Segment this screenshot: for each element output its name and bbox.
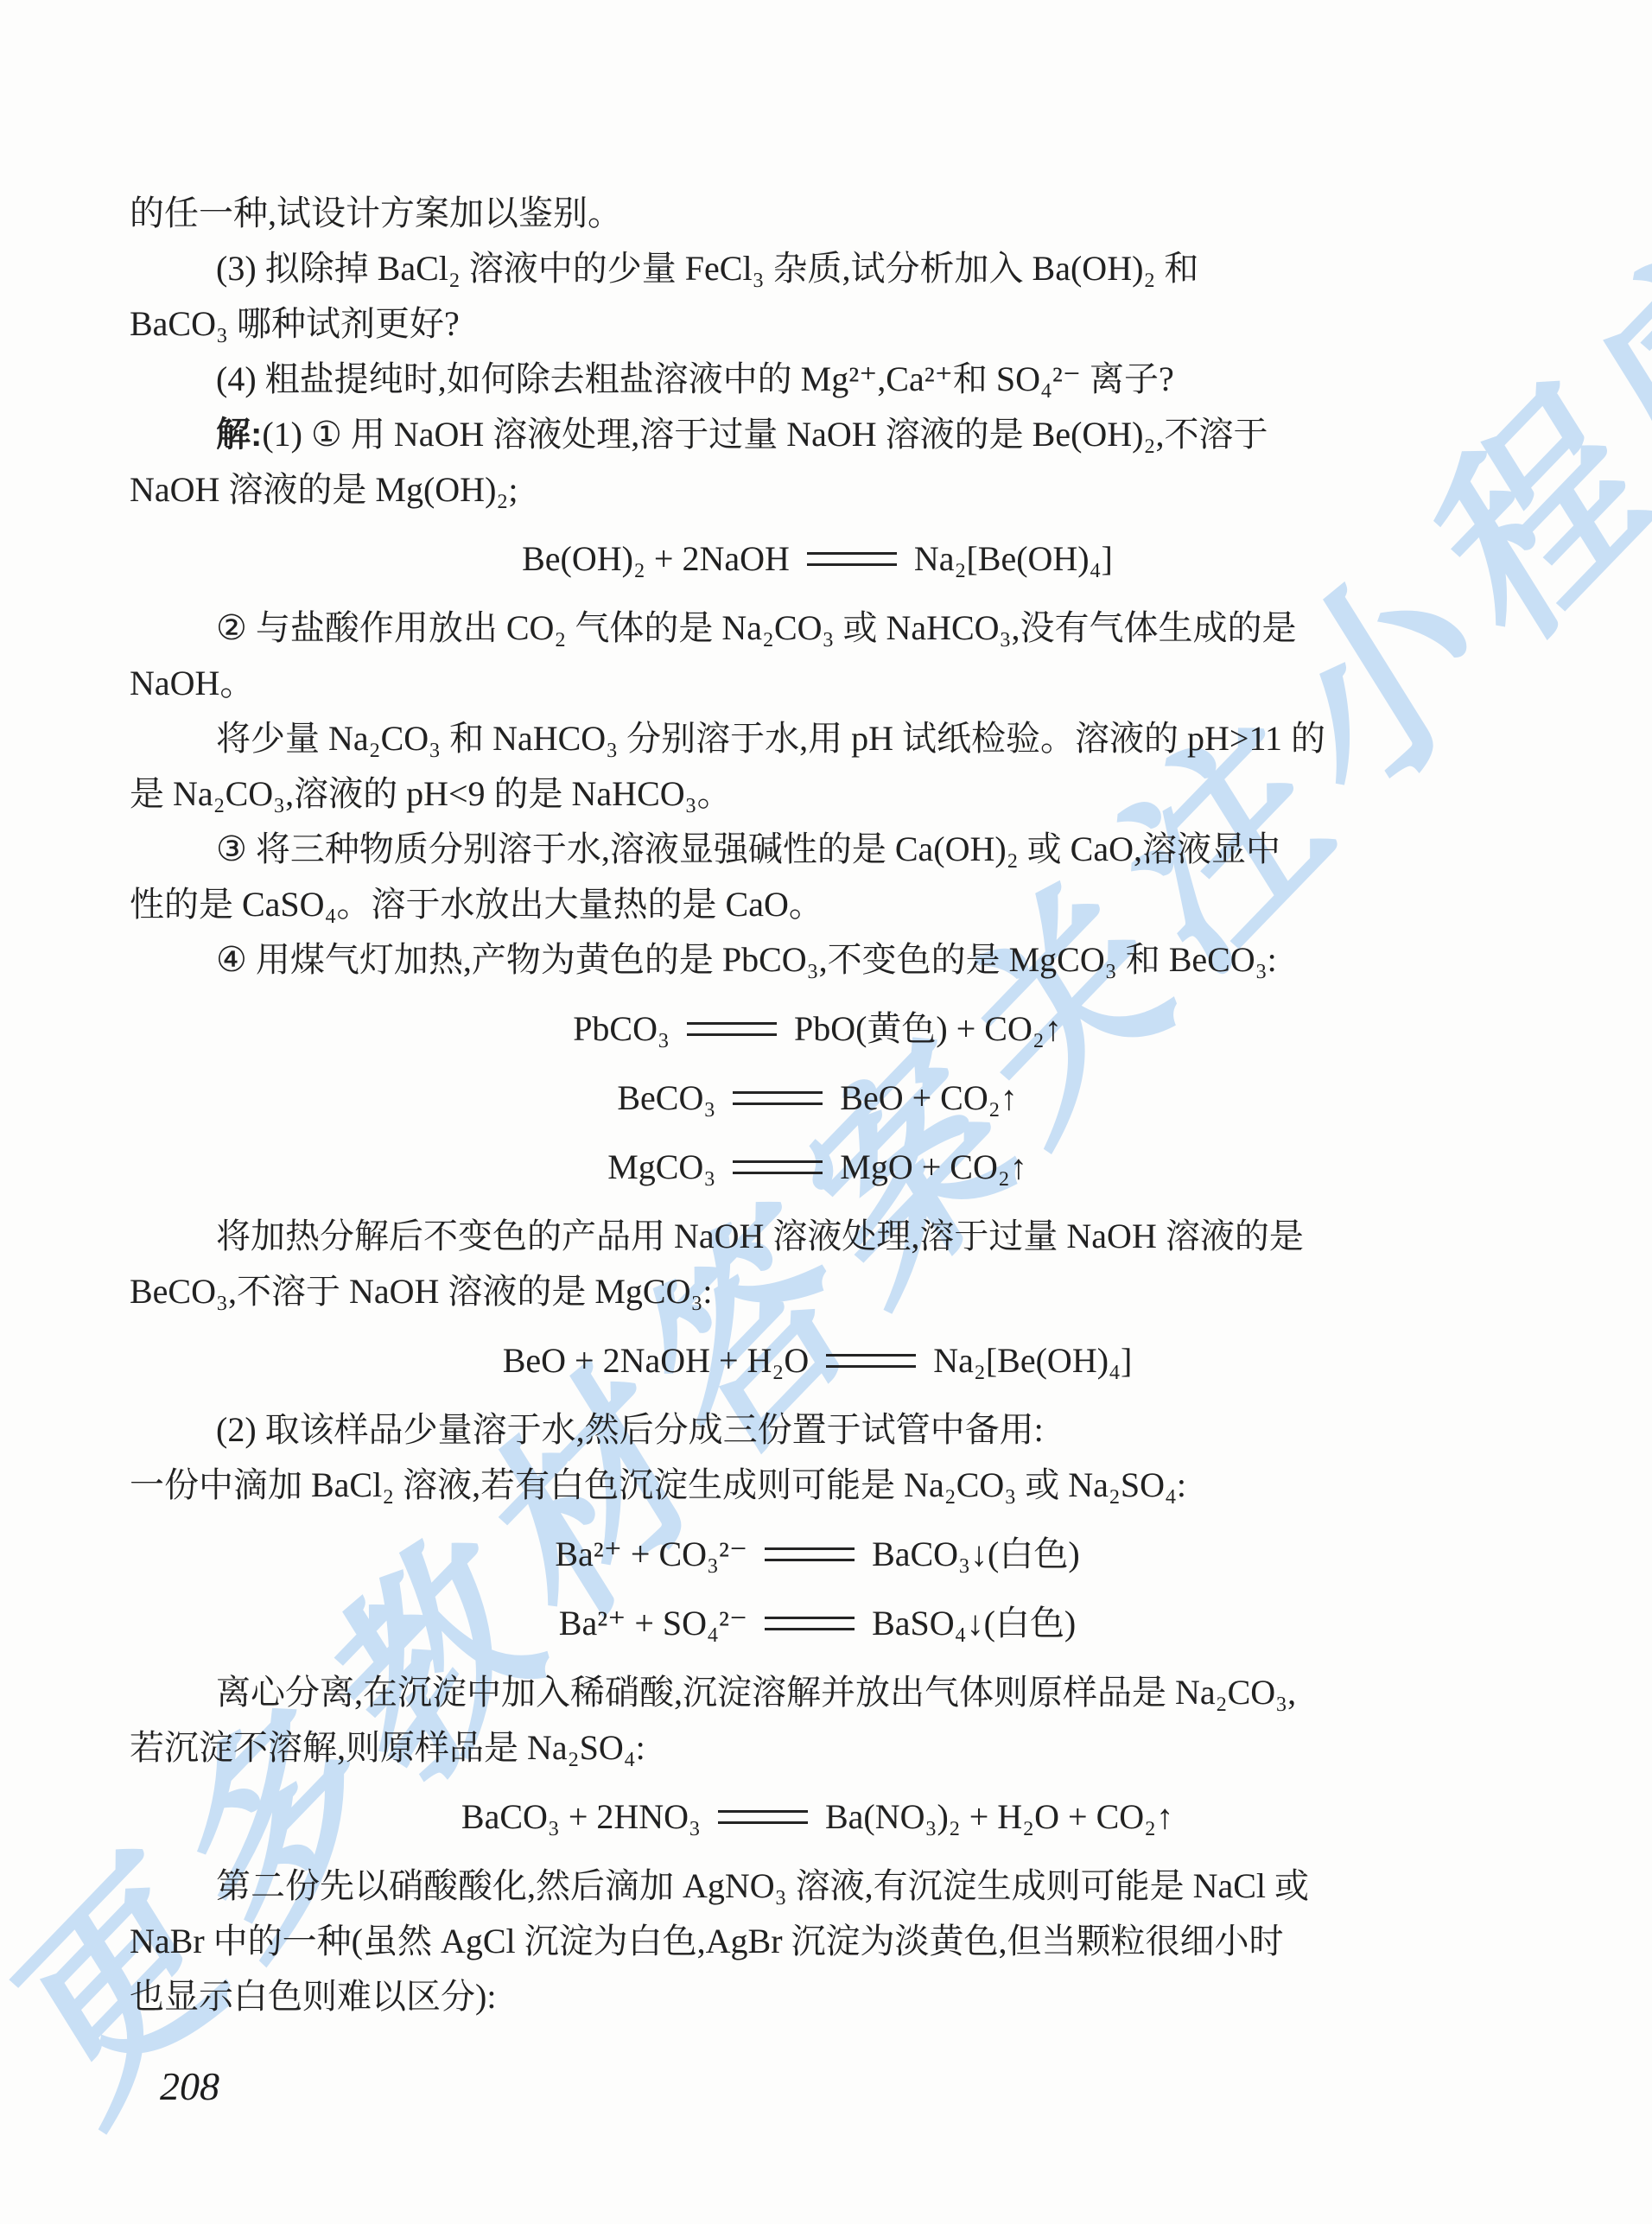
text-line: 也显示白色则难以区分):: [130, 1969, 1505, 2024]
equation-rhs: MgO + CO₂↑: [840, 1147, 1027, 1186]
chemical-equation: PbCO₃PbO(黄色) + CO₂↑: [130, 1001, 1505, 1057]
text-line: 性的是 CaSO₄。溶于水放出大量热的是 CaO。: [130, 877, 1505, 932]
equation-lhs: Ba²⁺ + CO₃²⁻: [555, 1535, 747, 1573]
text-line-question-4: (4) 粗盐提纯时,如何除去粗盐溶液中的 Mg²⁺,Ca²⁺和 SO₄²⁻ 离子…: [130, 352, 1505, 407]
page-number: 208: [160, 2063, 219, 2109]
double-line-equals-icon: [826, 1354, 916, 1368]
double-line-equals-icon: [718, 1810, 808, 1824]
equation-rhs: Ba(NO₃)₂ + H₂O + CO₂↑: [825, 1797, 1173, 1836]
text-line: 第二份先以硝酸酸化,然后滴加 AgNO₃ 溶液,有沉淀生成则可能是 NaCl 或: [130, 1859, 1505, 1914]
double-line-equals-icon: [687, 1022, 777, 1036]
chemical-equation: BeCO₃BeO + CO₂↑: [130, 1071, 1505, 1126]
equation-rhs: PbO(黄色) + CO₂↑: [794, 1009, 1062, 1048]
equation-lhs: Ba²⁺ + SO₄²⁻: [559, 1604, 747, 1643]
equation-lhs: MgCO₃: [607, 1147, 715, 1186]
double-line-equals-icon: [807, 552, 897, 566]
equation-lhs: BaCO₃ + 2HNO₃: [461, 1797, 701, 1836]
equation-rhs: Na₂[Be(OH)₄]: [914, 539, 1113, 578]
equation-lhs: Be(OH)₂ + 2NaOH: [522, 539, 790, 578]
text-line: NaOH 溶液的是 Mg(OH)₂;: [130, 462, 1505, 518]
chemical-equation: Be(OH)₂ + 2NaOHNa₂[Be(OH)₄]: [130, 531, 1505, 587]
double-line-equals-icon: [733, 1160, 823, 1174]
text-line: 离心分离,在沉淀中加入稀硝酸,沉淀溶解并放出气体则原样品是 Na₂CO₃,: [130, 1665, 1505, 1720]
equation-rhs: Na₂[Be(OH)₄]: [933, 1341, 1132, 1380]
text-line: BaCO₃ 哪种试剂更好?: [130, 296, 1505, 352]
ionic-equation: Ba²⁺ + CO₃²⁻BaCO₃↓(白色): [130, 1527, 1505, 1582]
text-line-step-4: ④ 用煤气灯加热,产物为黄色的是 PbCO₃,不变色的是 MgCO₃ 和 BeC…: [130, 932, 1505, 988]
text-line: 一份中滴加 BaCl₂ 溶液,若有白色沉淀生成则可能是 Na₂CO₃ 或 Na₂…: [130, 1458, 1505, 1513]
equation-lhs: BeCO₃: [617, 1078, 715, 1117]
text-line-solution-start: 解:(1) ① 用 NaOH 溶液处理,溶于过量 NaOH 溶液的是 Be(OH…: [130, 407, 1505, 462]
scanned-book-page: 更多教材答案关注小程序 的任一种,试设计方案加以鉴别。 (3) 拟除掉 BaCl…: [0, 0, 1652, 2224]
text-line-step-2: ② 与盐酸作用放出 CO₂ 气体的是 Na₂CO₃ 或 NaHCO₃,没有气体生…: [130, 600, 1505, 656]
double-line-equals-icon: [765, 1547, 855, 1561]
text-line-question-3: (3) 拟除掉 BaCl₂ 溶液中的少量 FeCl₃ 杂质,试分析加入 Ba(O…: [130, 241, 1505, 296]
text-line: BeCO₃,不溶于 NaOH 溶液的是 MgCO₃:: [130, 1264, 1505, 1319]
chemical-equation: BaCO₃ + 2HNO₃Ba(NO₃)₂ + H₂O + CO₂↑: [130, 1789, 1505, 1845]
chemical-equation: MgCO₃MgO + CO₂↑: [130, 1140, 1505, 1195]
ionic-equation: Ba²⁺ + SO₄²⁻BaSO₄↓(白色): [130, 1596, 1505, 1651]
page-text-block: 的任一种,试设计方案加以鉴别。 (3) 拟除掉 BaCl₂ 溶液中的少量 FeC…: [0, 0, 1652, 2024]
text-line-part-2: (2) 取该样品少量溶于水,然后分成三份置于试管中备用:: [130, 1402, 1505, 1458]
text-span: (1) ① 用 NaOH 溶液处理,溶于过量 NaOH 溶液的是 Be(OH)₂…: [262, 415, 1268, 454]
equation-lhs: BeO + 2NaOH + H₂O: [503, 1341, 810, 1380]
text-line: 若沉淀不溶解,则原样品是 Na₂SO₄:: [130, 1720, 1505, 1776]
text-line: NaBr 中的一种(虽然 AgCl 沉淀为白色,AgBr 沉淀为淡黄色,但当颗粒…: [130, 1914, 1505, 1969]
solution-label: 解:: [216, 416, 262, 454]
equation-rhs: BeO + CO₂↑: [840, 1078, 1017, 1117]
text-line: 将加热分解后不变色的产品用 NaOH 溶液处理,溶于过量 NaOH 溶液的是: [130, 1209, 1505, 1264]
chemical-equation: BeO + 2NaOH + H₂ONa₂[Be(OH)₄]: [130, 1333, 1505, 1388]
equation-lhs: PbCO₃: [573, 1009, 670, 1048]
double-line-equals-icon: [765, 1617, 855, 1630]
text-line: 将少量 Na₂CO₃ 和 NaHCO₃ 分别溶于水,用 pH 试纸检验。溶液的 …: [130, 711, 1505, 766]
equation-rhs: BaSO₄↓(白色): [872, 1604, 1076, 1643]
text-line: 是 Na₂CO₃,溶液的 pH<9 的是 NaHCO₃。: [130, 766, 1505, 822]
equation-rhs: BaCO₃↓(白色): [872, 1535, 1080, 1573]
text-line: NaOH。: [130, 656, 1505, 711]
text-line: 的任一种,试设计方案加以鉴别。: [130, 186, 1505, 241]
text-line-step-3: ③ 将三种物质分别溶于水,溶液显强碱性的是 Ca(OH)₂ 或 CaO,溶液显中: [130, 822, 1505, 877]
double-line-equals-icon: [733, 1091, 823, 1105]
